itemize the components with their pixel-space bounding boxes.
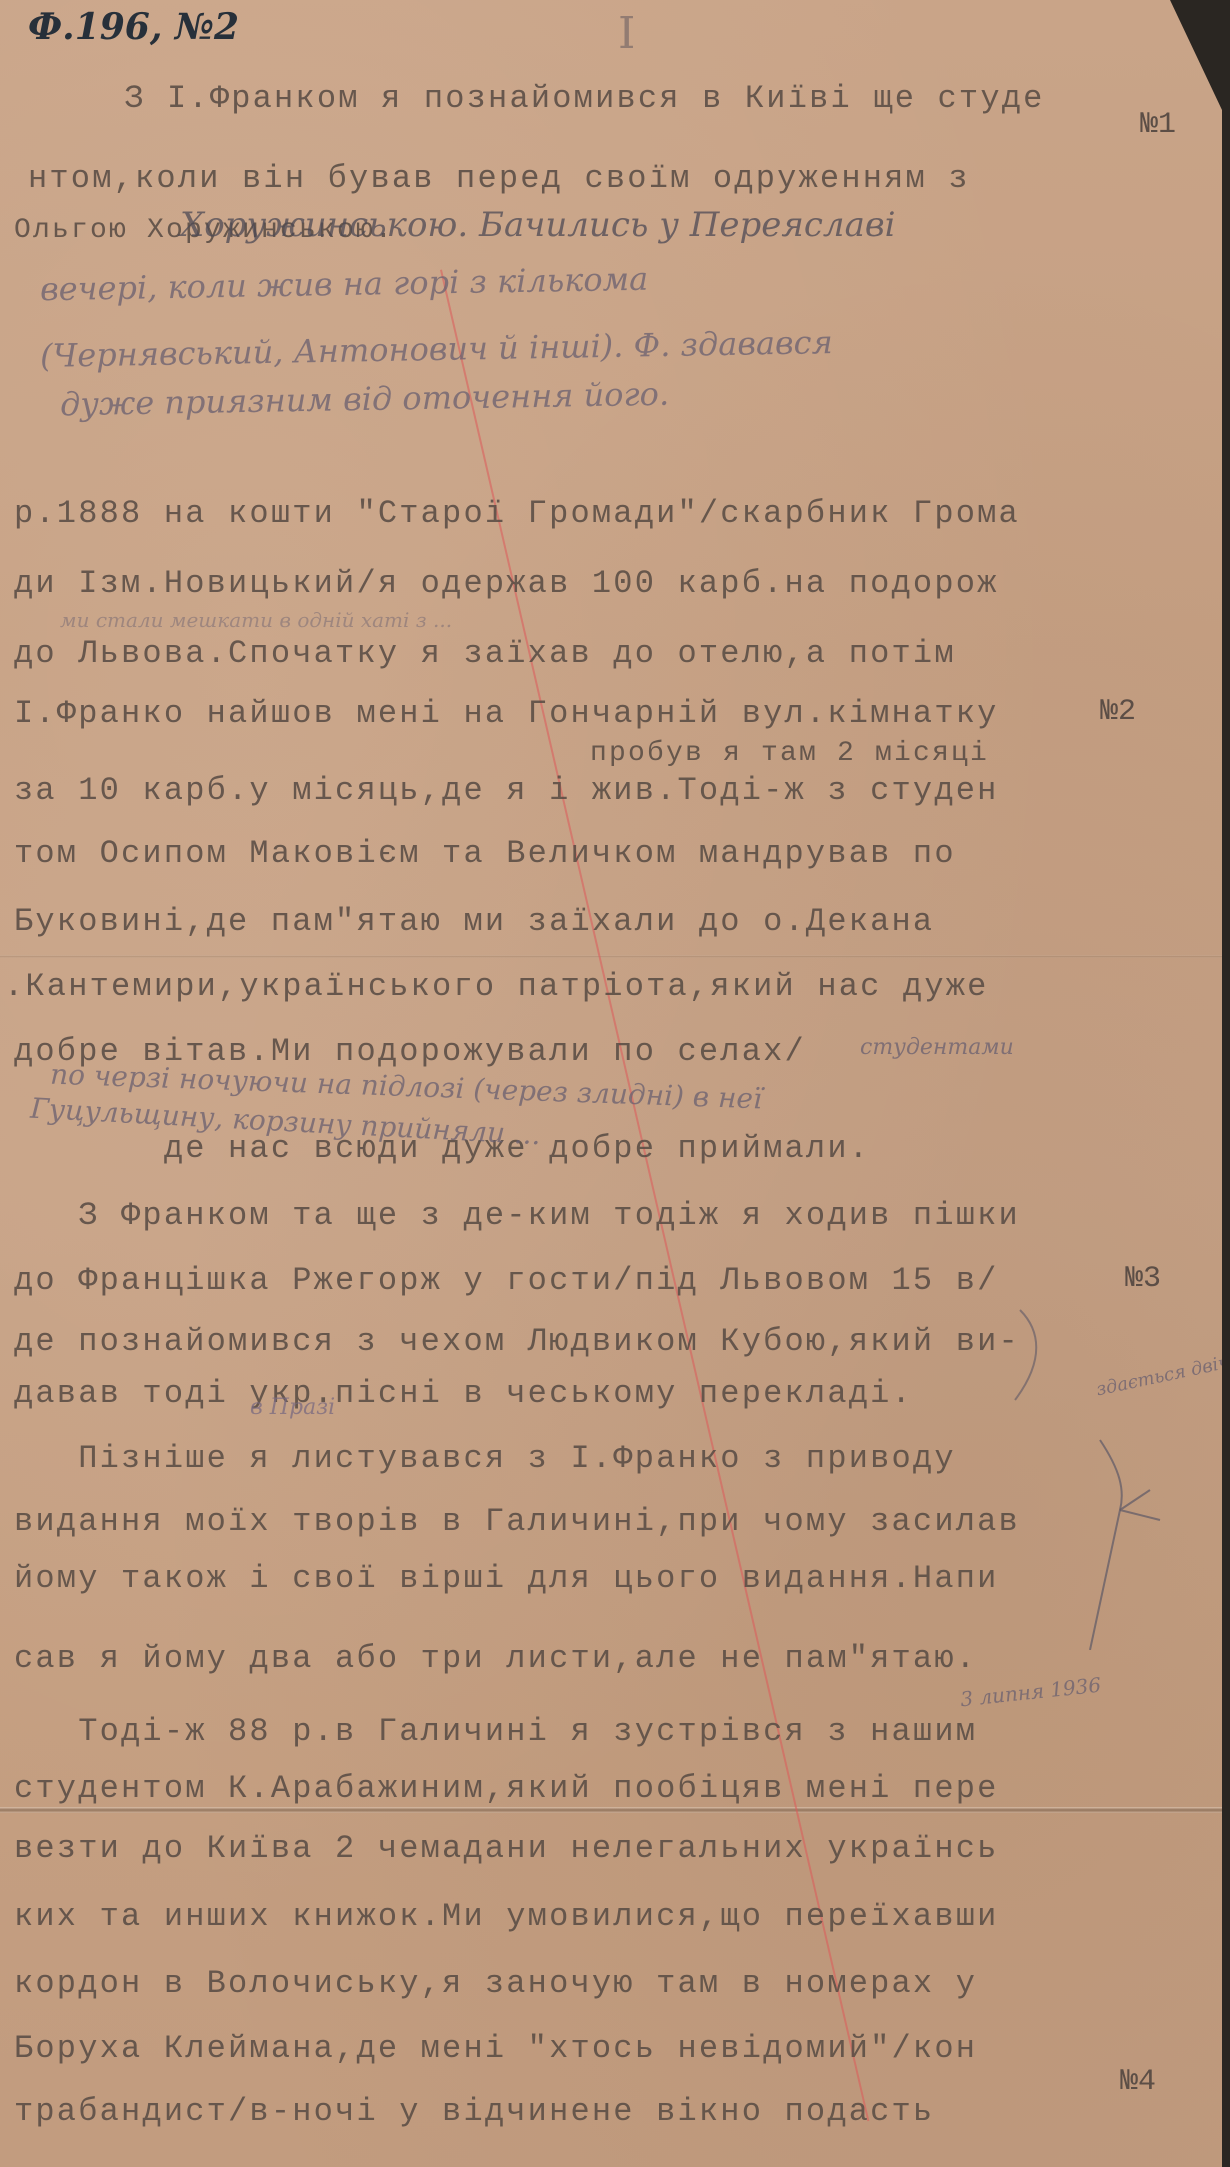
archive-code: Ф.196, №2 (28, 6, 239, 48)
typed-line: ди Ізм.Новицький/я одержав 100 карб.на п… (14, 565, 999, 602)
typed-line: р.1888 на кошти "Старої Громади"/скарбни… (14, 495, 1020, 532)
typed-line: трабандист/в-ночі у відчинене вікно пода… (14, 2093, 934, 2130)
typed-line: том Осипом Маковієм та Величком мандрува… (14, 835, 956, 872)
typed-insertion: пробув я там 2 місяці (590, 738, 989, 769)
typed-line: Тоді-ж 88 р.в Галичині я зустрівся з наш… (14, 1713, 977, 1750)
typed-line: студентом К.Арабажиним,який пообіцяв мен… (14, 1770, 999, 1807)
typed-line: З Франком та ще з де-ким тодіж я ходив п… (14, 1197, 1020, 1234)
side-note-date: 3 липня 1936 (959, 1673, 1102, 1712)
typed-line: нтом,коли він бував перед своїм одруженн… (28, 160, 970, 197)
handwritten-note: (Чернявський, Антонович й інші). Ф. здав… (40, 323, 833, 375)
typed-line: за 10 карб.у місяць,де я і жив.Тоді-ж з … (14, 772, 999, 809)
pencil-bracket-mark (1080, 1430, 1210, 1650)
margin-mark-1: №1 (1140, 108, 1176, 142)
typed-line: видання моїх творів в Галичині,при чому … (14, 1503, 1020, 1540)
typed-line: до Львова.Спочатку я заїхав до отелю,а п… (14, 635, 956, 672)
typed-line: .Кантемири,українського патріота,який на… (4, 968, 989, 1005)
handwritten-note: вечері, коли жив на горі з кількома (40, 260, 649, 309)
typed-line: сав я йому два або три листи,але не пам"… (14, 1640, 977, 1677)
handwritten-note: ми стали мешкати в одній хаті з ... (60, 608, 452, 632)
typed-line: Пізніше я листувався з І.Франко з привод… (14, 1440, 956, 1477)
margin-mark-2: №2 (1100, 695, 1136, 729)
side-note-twice: здається двічі (1094, 1351, 1230, 1401)
typed-line: І.Франко найшов мені на Гончарній вул.кі… (14, 695, 999, 732)
typed-line: кордон в Волочиську,я заночую там в номе… (14, 1965, 977, 2002)
side-note-prague: в Празі (250, 1395, 335, 1420)
handwritten-note: Хоружинською. Бачились у Переяславі (180, 205, 896, 245)
typed-line: З І.Франком я познайомився в Київі ще ст… (60, 80, 1045, 117)
typed-line: ких та инших книжок.Ми умовилися,що пере… (14, 1898, 999, 1935)
document-page: Ф.196, №2 I З І.Франком я познайомився в… (0, 0, 1222, 2167)
typed-line: Буковині,де пам"ятаю ми заїхали до о.Дек… (14, 903, 934, 940)
handwritten-note: дуже приязним від оточення його. (60, 375, 670, 424)
typed-line: йому також і свої вірші для цього виданн… (14, 1560, 999, 1597)
paper-fold (0, 1807, 1222, 1813)
typed-line: де познайомився з чехом Людвиком Кубою,я… (14, 1323, 1020, 1360)
typed-line: Боруха Клеймана,де мені "хтось невідомий… (14, 2030, 977, 2067)
typed-line: до Францішка Ржегорж у гости/під Львовом… (14, 1262, 999, 1299)
typed-line: везти до Київа 2 чемадани нелегальних ук… (14, 1830, 999, 1867)
handwritten-note: студентами (860, 1035, 1014, 1060)
margin-mark-3: №3 (1125, 1262, 1161, 1296)
margin-mark-4: №4 (1120, 2065, 1156, 2099)
pencil-bracket-mark (1010, 1300, 1050, 1410)
paper-crease (0, 955, 1222, 958)
typed-line: давав тоді укр.пісні в чеському переклад… (14, 1375, 913, 1412)
page-number: I (618, 8, 635, 59)
